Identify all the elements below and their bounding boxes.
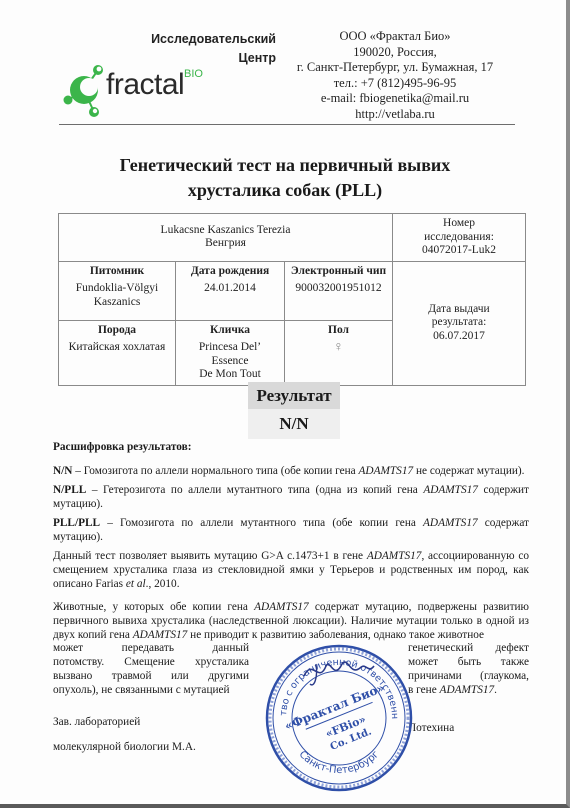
- decoding-text: – Гомозигота по аллели нормального типа …: [72, 465, 358, 477]
- company-email: e-mail: fbiogenetika@mail.ru: [280, 91, 510, 107]
- split-left-column: может передавать данный потомству. Смеще…: [53, 641, 249, 697]
- decoding-heading: Расшифровка результатов:: [53, 440, 529, 454]
- text-line: причинами (глаукома,: [408, 669, 529, 683]
- paragraph-text: ., 2010.: [146, 578, 180, 590]
- logo-superscript: BIO: [184, 68, 203, 80]
- svg-text:Санкт-Петербург: Санкт-Петербург: [297, 749, 382, 776]
- female-icon: ♀: [289, 341, 388, 355]
- issue-date: 06.07.2017: [397, 330, 521, 344]
- document-page: Исследовательский Центр fractal BIO ООО …: [0, 0, 570, 808]
- text-line: потомству. Смещение хрусталика: [53, 655, 249, 669]
- study-number: 04072017-Luk2: [397, 244, 521, 258]
- chip-number: 900032001951012: [289, 282, 388, 296]
- citation-etal: et al: [126, 578, 146, 590]
- gene-name: ADAMTS17: [423, 517, 478, 529]
- birth-date-cell: Дата рождения 24.01.2014: [176, 261, 285, 320]
- genotype-code: PLL/PLL: [53, 517, 100, 529]
- signatory-surname: Потехина: [408, 722, 454, 734]
- signatory-title: Зав. лабораторией молекулярной биологии …: [53, 710, 196, 760]
- breed: Китайская хохлатая: [63, 341, 171, 355]
- decoding-item-nn: N/N – Гомозигота по аллели нормального т…: [53, 464, 529, 478]
- dog-name-cell: Кличка Princesa Del’ Essence De Mon Tout: [176, 320, 285, 385]
- text-line: вызвано травмой или другими: [53, 669, 249, 683]
- company-stamp-icon: Общество с ограниченной ответственностью…: [264, 636, 414, 801]
- company-address: г. Санкт-Петербург, ул. Бумажная, 17: [280, 60, 510, 76]
- sex-label: Пол: [289, 324, 388, 338]
- info-table: Lukacsne Kaszanics Terezia Венгрия Номер…: [58, 213, 526, 386]
- result-label: Результат: [248, 382, 340, 409]
- document-title: Генетический тест на первичный вывих хру…: [60, 153, 510, 203]
- header-divider: [59, 124, 515, 125]
- title-line2: хрусталика собак (PLL): [60, 178, 510, 203]
- center-label-line1: Исследовательский: [140, 30, 276, 49]
- gene-name: ADAMTS17: [359, 465, 414, 477]
- kennel-label: Питомник: [63, 265, 171, 279]
- decoding-text: – Гомозигота по аллели мутантного типа (…: [100, 517, 423, 529]
- paragraph-text: Животные, у которых обе копии гена: [53, 601, 254, 613]
- sex-cell: Пол ♀: [285, 320, 393, 385]
- issue-date-label: Дата выдачи результата:: [397, 303, 521, 330]
- decoding-item-npll: N/PLL – Гетерозигота по аллели мутантног…: [53, 483, 529, 511]
- molecule-logo-icon: [62, 62, 112, 118]
- result-value: N/N: [248, 409, 340, 439]
- company-name: ООО «Фрактал Био»: [280, 29, 510, 45]
- gene-name: ADAMTS17: [133, 629, 188, 641]
- gene-name: ADAMTS17: [367, 550, 422, 562]
- owner-name: Lukacsne Kaszanics Terezia: [63, 224, 388, 238]
- dog-name-line2: De Mon Tout: [180, 368, 280, 382]
- gene-name: ADAMTS17: [423, 484, 478, 496]
- owner-country: Венгрия: [63, 237, 388, 251]
- gene-name: ADAMTS17: [254, 601, 309, 613]
- decoding-text: – Гетерозигота по аллели мутантного типа…: [86, 484, 423, 496]
- chip-cell: Электронный чип 900032001951012: [285, 261, 393, 320]
- fractal-bio-logo: fractal BIO: [62, 62, 222, 118]
- company-website: http://vetlaba.ru: [280, 107, 510, 123]
- text-line: генетический дефект: [408, 641, 529, 655]
- signatory-line2: молекулярной биологии М.А.: [53, 735, 196, 760]
- decoding-text: не содержат мутации).: [413, 465, 524, 477]
- issue-date-cell: Дата выдачи результата: 06.07.2017: [393, 261, 526, 385]
- study-number-label: Номер исследования:: [397, 217, 521, 244]
- paragraph-text: Данный тест позволяет выявить мутацию G>…: [53, 550, 367, 562]
- study-number-cell: Номер исследования: 04072017-Luk2: [393, 214, 526, 262]
- text-line: может быть также: [408, 655, 529, 669]
- title-line1: Генетический тест на первичный вывих: [60, 153, 510, 178]
- kennel-line2: Kaszanics: [63, 296, 171, 310]
- genotype-code: N/PLL: [53, 484, 86, 496]
- result-box: Результат N/N: [248, 382, 340, 439]
- dog-name-label: Кличка: [180, 324, 280, 338]
- split-right-column: генетический дефект может быть также при…: [408, 641, 529, 697]
- text-fragment: .: [494, 684, 497, 696]
- company-postal: 190020, Россия,: [280, 45, 510, 61]
- text-line: может передавать данный: [53, 641, 249, 655]
- company-contacts: ООО «Фрактал Био» 190020, Россия, г. Сан…: [280, 29, 510, 123]
- text-line: в гене ADAMTS17.: [408, 683, 529, 697]
- test-description: Данный тест позволяет выявить мутацию G>…: [53, 549, 529, 591]
- birth-date: 24.01.2014: [180, 282, 280, 296]
- breed-label: Порода: [63, 324, 171, 338]
- breed-cell: Порода Китайская хохлатая: [59, 320, 176, 385]
- gene-name: ADAMTS17: [440, 684, 495, 696]
- genotype-code: N/N: [53, 465, 72, 477]
- text-line: опухоль), не связанными с мутацией: [53, 683, 249, 697]
- owner-cell: Lukacsne Kaszanics Terezia Венгрия: [59, 214, 393, 262]
- dog-name-line1: Princesa Del’ Essence: [180, 341, 280, 368]
- kennel-cell: Питомник Fundoklia-Völgyi Kaszanics: [59, 261, 176, 320]
- birth-date-label: Дата рождения: [180, 265, 280, 279]
- chip-label: Электронный чип: [289, 265, 388, 279]
- logo-text: fractal: [106, 68, 184, 102]
- signatory-line1: Зав. лабораторией: [53, 710, 196, 735]
- kennel-line1: Fundoklia-Völgyi: [63, 282, 171, 296]
- company-phone: тел.: +7 (812)495-96-95: [280, 76, 510, 92]
- decoding-item-pllpll: PLL/PLL – Гомозигота по аллели мутантног…: [53, 516, 529, 544]
